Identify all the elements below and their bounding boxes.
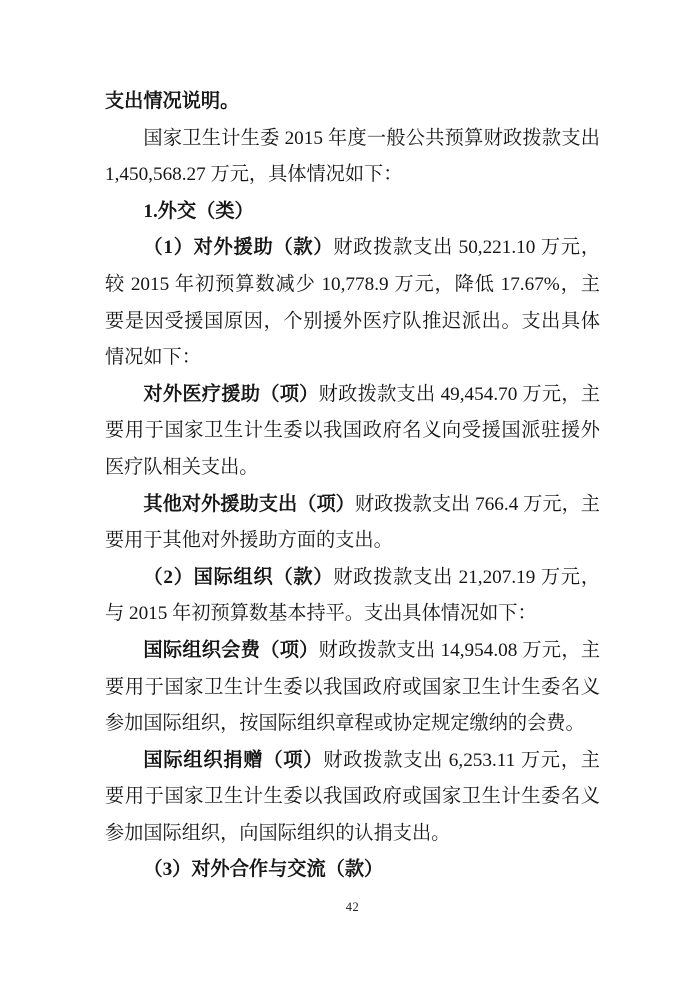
paragraph: （2）国际组织（款）财政拨款支出 21,207.19 万元，与 2015 年初预… [105, 560, 600, 633]
page-footer: 42 [105, 898, 600, 916]
paragraph-lead: （1）对外援助（款） [143, 237, 333, 258]
paragraph: （3）对外合作与交流（款） [105, 852, 600, 889]
paragraph: （1）对外援助（款）财政拨款支出 50,221.10 万元，较 2015 年初预… [105, 230, 600, 376]
text-body: 支出情况说明。 国家卫生计生委 2015 年度一般公共预算财政拨款支出 1,45… [105, 84, 600, 889]
paragraph: 国际组织捐赠（项）财政拨款支出 6,253.11 万元，主要用于国家卫生计生委以… [105, 743, 600, 853]
paragraph-lead: 国际组织会费（项） [143, 640, 318, 661]
paragraph-lead: 国际组织捐赠（项） [143, 750, 323, 771]
paragraph-text: 国家卫生计生委 2015 年度一般公共预算财政拨款支出 1,450,568.27… [105, 128, 600, 186]
section-heading: 支出情况说明。 [105, 84, 600, 121]
document-page: 支出情况说明。 国家卫生计生委 2015 年度一般公共预算财政拨款支出 1,45… [0, 0, 700, 989]
paragraph: 1.外交（类） [105, 194, 600, 231]
paragraph: 其他对外援助支出（项）财政拨款支出 766.4 万元，主要用于其他对外援助方面的… [105, 487, 600, 560]
page-number: 42 [346, 900, 360, 914]
paragraph: 国际组织会费（项）财政拨款支出 14,954.08 万元，主要用于国家卫生计生委… [105, 633, 600, 743]
paragraph-lead: 1.外交（类） [143, 201, 253, 222]
paragraph-lead: （2）国际组织（款） [143, 567, 333, 588]
paragraph-lead: 对外医疗援助（项） [143, 384, 318, 405]
paragraph: 国家卫生计生委 2015 年度一般公共预算财政拨款支出 1,450,568.27… [105, 121, 600, 194]
paragraph: 对外医疗援助（项）财政拨款支出 49,454.70 万元，主要用于国家卫生计生委… [105, 377, 600, 487]
paragraph-lead: （3）对外合作与交流（款） [143, 859, 383, 880]
paragraph-lead: 其他对外援助支出（项） [143, 494, 355, 515]
